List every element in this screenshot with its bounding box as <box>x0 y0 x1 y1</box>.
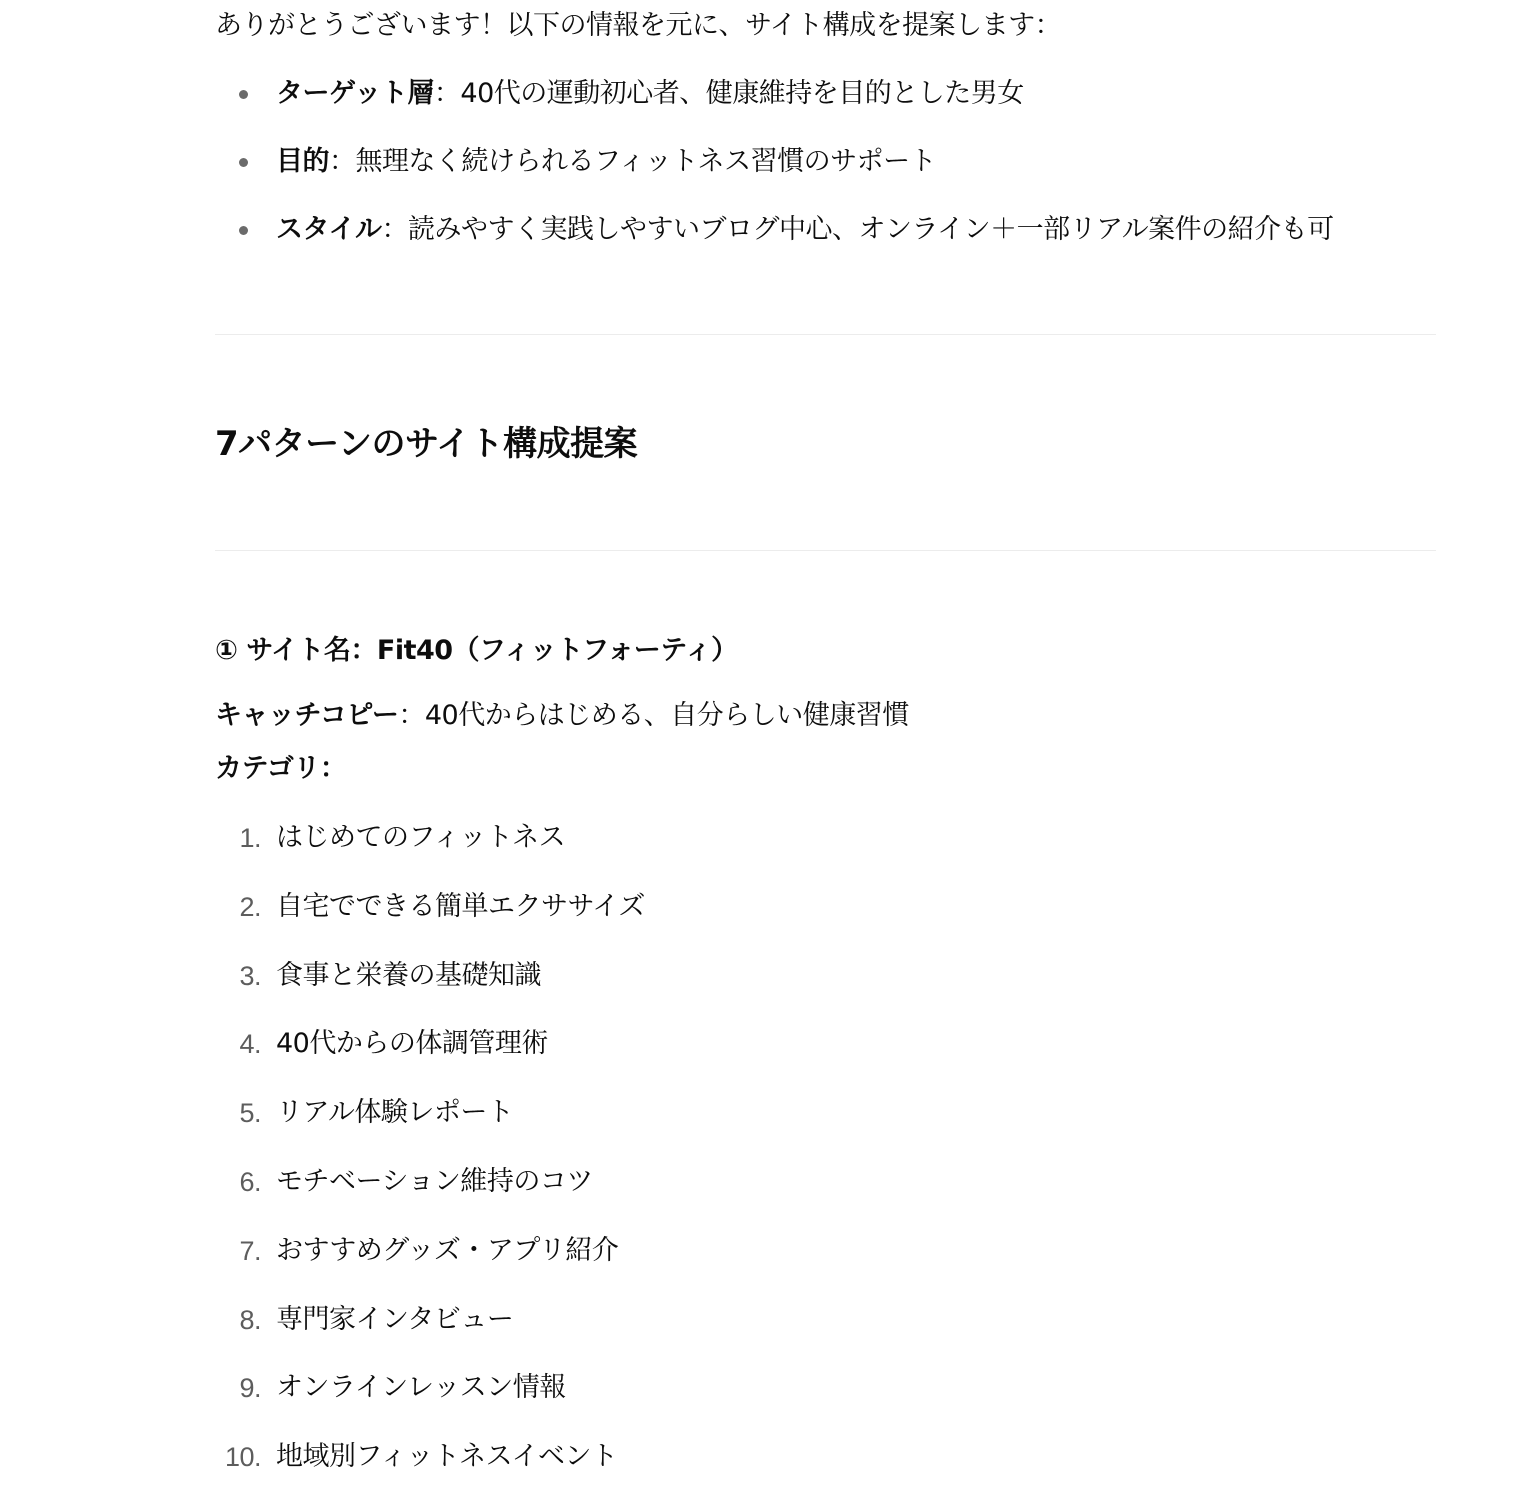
summary-text: 無理なく続けられるフィットネス習慣のサポート <box>356 146 937 177</box>
list-item: 8.専門家インタビュー <box>215 1302 645 1371</box>
summary-label: ターゲット層 <box>276 78 434 109</box>
list-number: 6. <box>239 1164 261 1200</box>
list-text: はじめてのフィットネス <box>276 822 565 853</box>
list-number: 7. <box>239 1233 261 1269</box>
list-item: 9.オンラインレッスン情報 <box>215 1370 645 1439</box>
list-item: 4.40代からの体調管理術 <box>215 1026 645 1095</box>
bullet-icon <box>239 226 248 235</box>
list-item: 3.食事と栄養の基礎知識 <box>215 958 645 1027</box>
list-item: 2.自宅でできる簡単エクササイズ <box>215 889 645 958</box>
list-number: 9. <box>239 1370 261 1406</box>
list-text: 地域別フィットネスイベント <box>276 1441 618 1472</box>
summary-sep: ： <box>381 214 408 245</box>
list-text: リアル体験レポート <box>276 1097 513 1128</box>
list-item: 5.リアル体験レポート <box>215 1095 645 1164</box>
intro-text: ありがとうございます！以下の情報を元に、サイト構成を提案します： <box>215 8 1061 44</box>
list-number: 4. <box>239 1026 261 1062</box>
summary-label: 目的 <box>276 146 329 177</box>
summary-text: 読みやすく実践しやすいブログ中心、オンライン＋一部リアル案件の紹介も可 <box>408 214 1334 245</box>
list-text: 専門家インタビュー <box>276 1304 513 1335</box>
list-item: 6.モチベーション維持のコツ <box>215 1164 645 1233</box>
list-item: 1.はじめてのフィットネス <box>215 820 645 889</box>
list-number: 10. <box>225 1439 261 1475</box>
summary-sep: ： <box>434 78 461 109</box>
list-text: オンラインレッスン情報 <box>276 1372 566 1403</box>
list-text: おすすめグッズ・アプリ紹介 <box>276 1235 618 1266</box>
list-number: 5. <box>239 1095 261 1131</box>
list-item: 10.地域別フィットネスイベント <box>215 1439 645 1502</box>
catchcopy-text: 40代からはじめる、自分らしい健康習慣 <box>425 700 909 731</box>
divider <box>215 550 1436 551</box>
list-number: 3. <box>239 958 261 994</box>
list-text: モチベーション維持のコツ <box>276 1166 593 1197</box>
summary-text: 40代の運動初心者、健康維持を目的とした男女 <box>460 78 1023 109</box>
bullet-icon <box>239 158 248 167</box>
category-label: カテゴリ： <box>215 751 346 787</box>
divider <box>215 334 1436 335</box>
bullet-icon <box>239 90 248 99</box>
list-item: 7.おすすめグッズ・アプリ紹介 <box>215 1233 645 1302</box>
list-text: 40代からの体調管理術 <box>276 1028 548 1059</box>
catchcopy-label: キャッチコピー <box>215 700 398 731</box>
list-number: 8. <box>239 1302 261 1338</box>
pattern-heading: ① サイト名：Fit40（フィットフォーティ） <box>215 632 738 670</box>
catchcopy-sep: ： <box>398 700 425 731</box>
catchcopy-line: キャッチコピー：40代からはじめる、自分らしい健康習慣 <box>215 698 909 734</box>
summary-item-style: スタイル：読みやすく実践しやすいブログ中心、オンライン＋一部リアル案件の紹介も可 <box>215 212 1334 280</box>
summary-label: スタイル <box>276 214 381 245</box>
section-heading: 7パターンのサイト構成提案 <box>215 422 637 466</box>
summary-item-purpose: 目的：無理なく続けられるフィットネス習慣のサポート <box>215 144 1334 212</box>
list-number: 1. <box>239 820 261 856</box>
list-text: 自宅でできる簡単エクササイズ <box>276 891 645 922</box>
summary-sep: ： <box>329 146 356 177</box>
category-list: 1.はじめてのフィットネス 2.自宅でできる簡単エクササイズ 3.食事と栄養の基… <box>215 820 645 1502</box>
list-number: 2. <box>239 889 261 925</box>
summary-list: ターゲット層：40代の運動初心者、健康維持を目的とした男女 目的：無理なく続けら… <box>215 76 1334 280</box>
summary-item-target: ターゲット層：40代の運動初心者、健康維持を目的とした男女 <box>215 76 1334 144</box>
list-text: 食事と栄養の基礎知識 <box>276 960 541 991</box>
